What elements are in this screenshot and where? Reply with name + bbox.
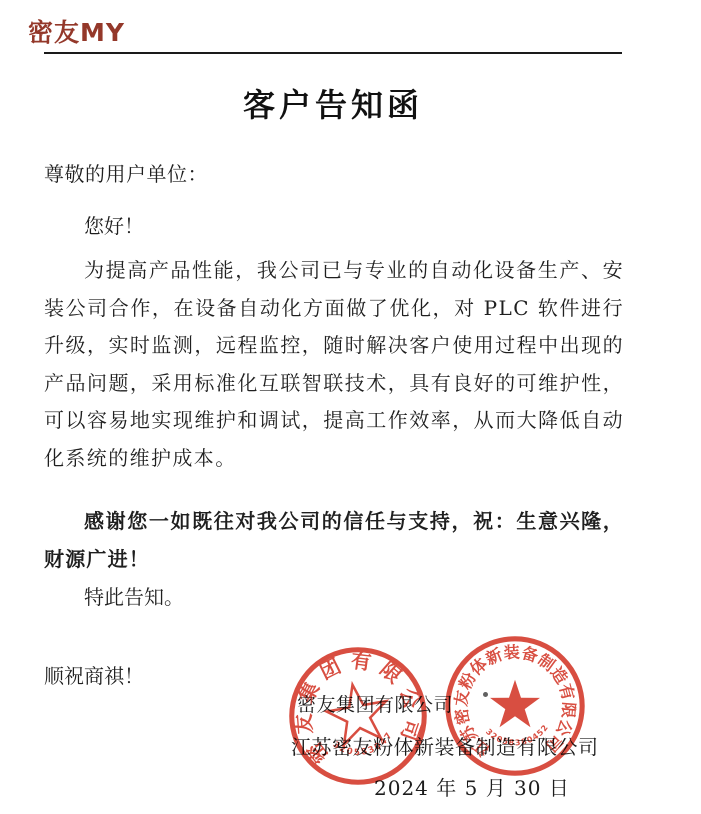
company-logo: 密友MY [28, 13, 125, 49]
letter-body: 尊敬的用户单位： 您好！ 为提高产品性能，我公司已与专业的自动化设备生产、安装公… [44, 160, 624, 690]
page-title: 客户告知函 [44, 80, 622, 126]
star-outline-icon [323, 680, 392, 747]
main-paragraph: 为提高产品性能，我公司已与专业的自动化设备生产、安装公司合作，在设备自动化方面做… [44, 252, 624, 477]
group-company-seal: 密友集团有限公司 32058304712 [275, 633, 442, 800]
notice-line: 特此告知。 [44, 582, 624, 612]
thanks-paragraph: 感谢您一如既往对我公司的信任与支持，祝：生意兴隆，财源广进！ [44, 503, 624, 578]
subsidiary-company-seal: 江苏密友粉体新装备制造有限公司 3205838045268 [442, 633, 588, 779]
header-divider [44, 52, 622, 54]
salutation-line: 尊敬的用户单位： [44, 160, 624, 188]
notification-letter-page: 密友MY 客户告知函 尊敬的用户单位： 您好！ 为提高产品性能，我公司已与专业的… [0, 0, 701, 814]
star-icon [490, 680, 540, 728]
greeting-line: 您好！ [44, 212, 624, 240]
